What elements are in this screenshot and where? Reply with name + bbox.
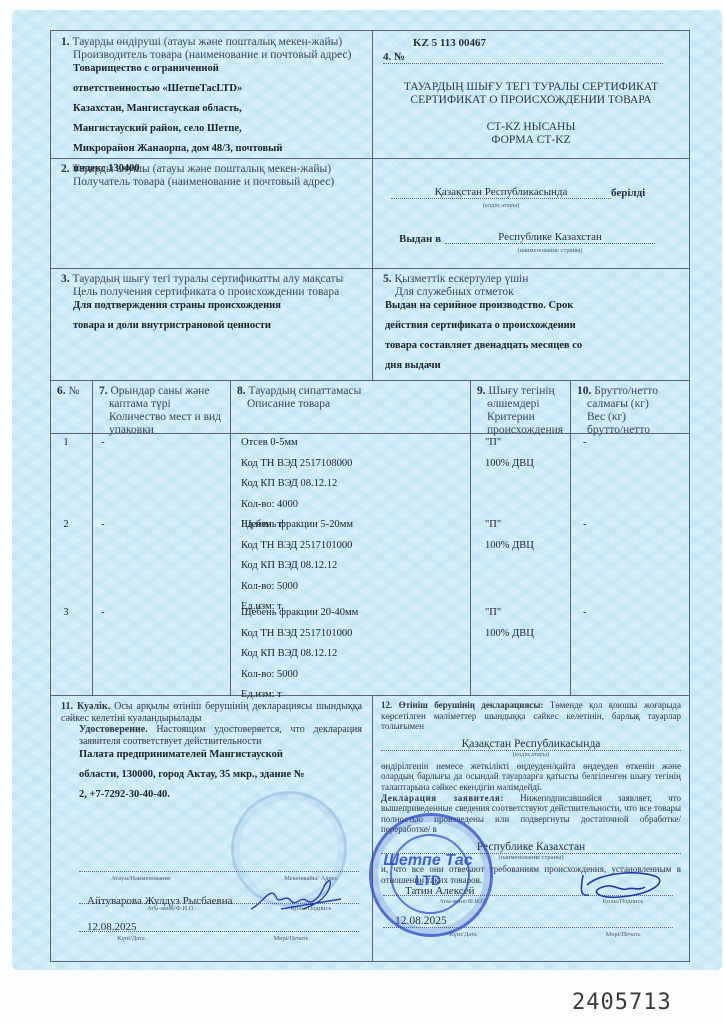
field-3-purpose: 3. Тауардың шығу тегі туралы сертификатт… xyxy=(51,269,373,381)
certificate-form: 1. Тауарды өндіруші (атауы және пошталық… xyxy=(50,30,690,962)
official-note-line: дня выдачи xyxy=(385,356,689,376)
field-5-official-notes: 5. Қызметтік ескертулер үшін Для служебн… xyxy=(373,269,689,381)
official-note-line: действия сертификата о происхождении xyxy=(385,316,689,336)
purpose-text: Для подтверждения страны происхождениято… xyxy=(51,296,372,336)
row-criteria: "П"100% ДВЦ xyxy=(485,603,575,644)
field-1-label-kz: Тауарды өндіруші (атауы және пошталық ме… xyxy=(73,36,343,48)
producer-address-line: Казахстан, Мангистауская область, xyxy=(73,99,372,119)
title-kz: ТАУАРДЫҢ ШЫҒУ ТЕГІ ТУРАЛЫ СЕРТИФИКАТ xyxy=(373,81,689,94)
issued-berildi: берілді xyxy=(611,187,645,199)
table-header-col-criteria: 9. Шығу тегініңөлшемдеріКритериипроисхож… xyxy=(471,381,571,433)
row-number: 3 xyxy=(51,603,81,624)
table-header-col-places: 7. Орындар саны жәнекаптама түріКоличест… xyxy=(93,381,231,433)
certificate-number: KZ 5 113 00467 xyxy=(413,37,486,49)
field-1-number: 1. xyxy=(61,36,70,48)
issued-country-ru-line: Республике Казахстан xyxy=(445,231,655,244)
issued-caption-ru: (наименование страны) xyxy=(445,247,655,255)
field-11-text: 11. Куәлік. Осы арқылы өтініш берушінің … xyxy=(51,695,372,747)
field-12-text-kz2: өндірілгенін немесе жеткілікті өңдеуден/… xyxy=(373,759,689,793)
official-note-line: товара составляет двенадцать месяцев со xyxy=(385,336,689,356)
company-stamp-name: Шетпе Тас xyxy=(372,852,484,870)
applicant-caption-seal: Мөрі/Печать xyxy=(573,931,673,939)
field-2-recipient: 2. Тауарды алушы (атауы және пошталық ме… xyxy=(51,159,373,269)
field-5-number: 5. xyxy=(383,273,392,285)
producer-address-line: Микрорайон Жанаорпа, дом 48/3, почтовый xyxy=(73,139,372,159)
row-places: - xyxy=(101,433,221,454)
issued-in: Қазақстан Республикасында берілді (елдің… xyxy=(373,159,689,269)
producer-address-line: ответственностью «ШетпеТасLTD» xyxy=(73,79,372,99)
field-3-label: 3. Тауардың шығу тегі туралы сертификатт… xyxy=(51,269,372,299)
date-line: 12.08.2025 xyxy=(79,917,359,932)
chamber-date: 12.08.2025 xyxy=(79,921,137,933)
field-12-title-kz: Өтініш берушінің декларациясы: xyxy=(399,700,544,710)
form-ru: ФОРМА СТ-KZ xyxy=(373,134,689,147)
field-12-number: 12. xyxy=(381,700,392,710)
chamber-address-line: области, 130000, город Актау, 35 мкр., з… xyxy=(79,765,372,785)
producer-address-line: Товарищество с ограниченной xyxy=(73,59,372,79)
field-11-title-kz: Куәлік. xyxy=(77,701,110,712)
row-places: - xyxy=(101,515,221,536)
purpose-line: товара и доли внутристрановой ценности xyxy=(73,316,372,336)
field-12-declaration: 12. Өтініш берушінің декларациясы: Төмен… xyxy=(373,695,689,961)
chamber-signature xyxy=(241,875,351,915)
row-criteria: "П"100% ДВЦ xyxy=(485,515,575,556)
goods-table-body: 1-Отсев 0-5ммКод ТН ВЭД 2517108000Код КП… xyxy=(51,433,689,696)
declaration-country-kz: Қазақстан Республикасында xyxy=(381,738,681,751)
certificate-title: ТАУАРДЫҢ ШЫҒУ ТЕГІ ТУРАЛЫ СЕРТИФИКАТ СЕР… xyxy=(373,81,689,147)
row-weight: - xyxy=(583,433,683,454)
field-5-label: 5. Қызметтік ескертулер үшін Для служебн… xyxy=(373,269,689,299)
table-row: 1-Отсев 0-5ммКод ТН ВЭД 2517108000Код КП… xyxy=(51,433,689,521)
title-ru: СЕРТИФИКАТ О ПРОИСХОЖДЕНИИ ТОВАРА xyxy=(373,94,689,107)
applicant-signature xyxy=(569,867,669,903)
field-2-number: 2. xyxy=(61,163,70,175)
chamber-address-line: 2, +7-7292-30-40-40. xyxy=(79,785,372,805)
row-weight: - xyxy=(583,515,683,536)
company-stamp: Шетпе Тас LTD xyxy=(369,813,493,937)
row-criteria: "П"100% ДВЦ xyxy=(485,433,575,474)
caption-name: Атауы/Наименование xyxy=(81,875,201,883)
caption-date: Күні/Дата xyxy=(91,935,171,943)
certificate-number-line: 4. № xyxy=(383,51,663,64)
field-5-label-kz: Қызметтік ескертулер үшін xyxy=(395,273,529,285)
row-places: - xyxy=(101,603,221,624)
field-3-label-kz: Тауардың шығу тегі туралы сертификатты а… xyxy=(73,273,344,285)
field-11-number: 11. xyxy=(61,701,73,712)
field-3-number: 3. xyxy=(61,273,70,285)
issued-country-kz: Қазақстан Республикасында xyxy=(435,186,568,198)
official-note-line: Выдан на серийное производство. Срок xyxy=(385,296,689,316)
row-number: 1 xyxy=(51,433,81,454)
row-weight: - xyxy=(583,603,683,624)
table-header-col-weight: 10. Брутто/неттосалмағы (кг)Вес (кг)брут… xyxy=(571,381,689,433)
field-12-title-ru: Декларация заявителя: xyxy=(381,793,504,803)
field-1-label: 1. Тауарды өндіруші (атауы және пошталық… xyxy=(51,31,372,62)
field-2-label-ru: Получатель товара (наименование и почтов… xyxy=(61,176,372,189)
row-description: Щебень фракции 20-40ммКод ТН ВЭД 2517101… xyxy=(241,603,471,706)
issued-country-kz-line: Қазақстан Республикасында xyxy=(391,186,611,199)
table-header-col-description: 8. Тауардың сипаттамасыОписание товара xyxy=(231,381,471,433)
table-header-col-no: 6. № xyxy=(51,381,93,433)
declaration-caption-kz: (елдің атауы) xyxy=(373,751,689,759)
issued-caption-kz: (елдің атауы) xyxy=(391,202,611,210)
official-notes-text: Выдан на серийное производство. Срокдейс… xyxy=(373,296,689,376)
field-1-producer: 1. Тауарды өндіруші (атауы және пошталық… xyxy=(51,31,373,159)
producer-address-line: Мангистауский район, село Шетпе, xyxy=(73,119,372,139)
field-4-label: 4. № xyxy=(383,51,405,63)
field-12-text-kz: 12. Өтініш берушінің декларациясы: Төмен… xyxy=(373,695,689,732)
table-row: 2-Щебень фракции 5-20ммКод ТН ВЭД 251710… xyxy=(51,515,689,603)
table-row: 3-Щебень фракции 20-40ммКод ТН ВЭД 25171… xyxy=(51,603,689,691)
issued-vydan-label: Выдан в xyxy=(399,233,441,245)
field-4-certificate: KZ 5 113 00467 4. № ТАУАРДЫҢ ШЫҒУ ТЕГІ Т… xyxy=(373,31,689,159)
field-11-certification: 11. Куәлік. Осы арқылы өтініш берушінің … xyxy=(51,695,373,961)
issued-country-ru: Республике Казахстан xyxy=(498,231,602,243)
field-11-title-ru: Удостоверение. xyxy=(79,724,148,735)
caption-seal: Мөрі/Печать xyxy=(251,935,331,943)
row-number: 2 xyxy=(51,515,81,536)
company-stamp-suffix: LTD xyxy=(372,872,484,888)
form-kz: СТ-KZ НЫСАНЫ xyxy=(373,121,689,134)
purpose-line: Для подтверждения страны происхождения xyxy=(73,296,372,316)
field-2-label: 2. Тауарды алушы (атауы және пошталық ме… xyxy=(51,159,372,189)
goods-table-header: 6. №7. Орындар саны жәнекаптама түріКоли… xyxy=(51,381,689,434)
chamber-address-line: Палата предпринимателей Мангистауской xyxy=(79,745,372,765)
field-2-label-kz: Тауарды алушы (атауы және пошталық мекен… xyxy=(73,163,332,175)
form-serial-number: 2405713 xyxy=(572,990,672,1015)
chamber-address: Палата предпринимателей Мангистаускойобл… xyxy=(51,745,372,805)
caption-fio: Аты-жөні/Ф.И.О. xyxy=(111,905,231,913)
